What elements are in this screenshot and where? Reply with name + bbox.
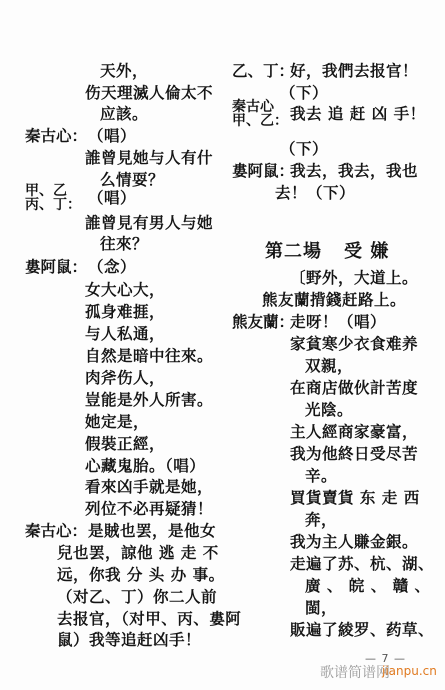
verse-line: 么情耍？ (100, 170, 164, 190)
dialogue-line: 好，我們去报官！ (290, 61, 418, 81)
verse-line: 假裝正經， (85, 434, 165, 454)
speaker-name: 甲、乙 (25, 184, 81, 198)
speaker-name: 甲、乙： (232, 114, 288, 128)
verse-line: 看來凶手就是她， (85, 477, 213, 497)
speaker-group: 秦古心甲、乙： (232, 100, 288, 128)
speaker-name: 秦古心： (25, 521, 87, 541)
verse-line: 閩， (305, 598, 337, 618)
watermark-url: jianpu.cn (382, 664, 437, 678)
verse-line: 兒也罢，諒他 逃 走 不 (57, 543, 219, 563)
verse-line: 女大心大， (85, 280, 165, 300)
book-page: 天外，伤天理滅人倫太不应該。秦古心：（唱）誰曾見她与人有什么情耍？甲、乙丙、丁：… (0, 0, 445, 690)
dialogue-line: 我去，我去，我也 (290, 161, 418, 181)
speaker-name: 丙、丁： (25, 198, 81, 212)
verse-line: 去报官，（对甲、丙、婁阿 (57, 609, 241, 629)
dialogue-line: 走呀！（唱） (290, 312, 386, 332)
verse-line: 光陰。 (305, 400, 353, 420)
verse-line: 她定是， (85, 412, 149, 432)
verse-line: 買貨賣貨 东 走 西 (290, 488, 420, 508)
speaker-group: 甲、乙丙、丁： (25, 184, 81, 212)
verse-line: 自然是暗中往來。 (85, 346, 213, 366)
verse-line: 去！（下） (275, 183, 355, 203)
page-footer: 歌谱简谱网 — 7 — jianpu.cn (320, 660, 445, 690)
verse-line: 肉斧伤人， (85, 368, 165, 388)
watermark-chinese: 歌谱简谱网 (320, 662, 390, 682)
verse-line: 远，你我 分 头 办 事。 (57, 565, 225, 585)
verse-line: 我为主人賺金銀。 (290, 532, 418, 552)
verse-line: 应該。 (100, 104, 148, 124)
verse-line: 心藏鬼胎。（唱） (85, 456, 205, 476)
dialogue-line: （唱） (88, 126, 136, 146)
verse-line: 家貧寒少衣食难养 (290, 334, 418, 354)
verse-line: 辛。 (305, 466, 337, 486)
verse-line: 双親， (305, 356, 353, 376)
verse-line: 誰曾見有男人与她 (85, 213, 213, 233)
verse-line: 販遍了綾罗、药草、 (290, 620, 434, 640)
verse-line: 我为他終日受尽苦 (290, 444, 418, 464)
verse-line: 往來？ (100, 234, 148, 254)
verse-line: 走遍了苏、杭、湖、 (290, 554, 434, 574)
verse-line: 主人經商家豪富， (290, 422, 418, 442)
verse-line: 天外， (100, 61, 148, 81)
verse-line: 在商店做伙計苦度 (290, 378, 418, 398)
scene-number: 第二場 (265, 241, 322, 262)
verse-line: 〔野外，大道上。 (290, 268, 418, 288)
verse-line: 奔， (305, 510, 337, 530)
scene-name: 受 嫌 (344, 241, 389, 262)
verse-line: 熊友蘭揹錢赶路上。 (262, 290, 406, 310)
speaker-name: 秦古心 (232, 100, 288, 114)
speaker-name: 乙、丁： (232, 61, 294, 81)
verse-line: 与人私通， (85, 324, 165, 344)
speaker-name: 秦古心： (25, 126, 87, 146)
scene-title: 第二場受 嫌 (265, 240, 389, 264)
verse-line: 誰曾見她与人有什 (85, 148, 213, 168)
dialogue-line: （念） (88, 257, 136, 277)
verse-line: 鼠）我等追赶凶手！ (57, 630, 201, 650)
verse-line: （对乙、丁）你二人前 (57, 587, 217, 607)
verse-line: 孤身难捱， (85, 302, 165, 322)
verse-line: 列位不必再疑猜！ (85, 499, 213, 519)
verse-line: （下） (280, 139, 328, 159)
speaker-name: 婁阿鼠： (25, 257, 87, 277)
speaker-name: 婁阿鼠： (232, 161, 294, 181)
verse-line: 豈能是外人所害。 (85, 390, 213, 410)
speaker-name: 熊友蘭： (232, 312, 294, 332)
dialogue-line: 我去 追 赶 凶 手！ (290, 104, 426, 124)
verse-line: 伤天理滅人倫太不 (85, 83, 213, 103)
verse-line: 廣 、 皖 、 贛 、 (305, 576, 430, 596)
dialogue-line: （唱） (88, 188, 136, 208)
dialogue-line: 是賊也罢，是他女 (88, 521, 216, 541)
